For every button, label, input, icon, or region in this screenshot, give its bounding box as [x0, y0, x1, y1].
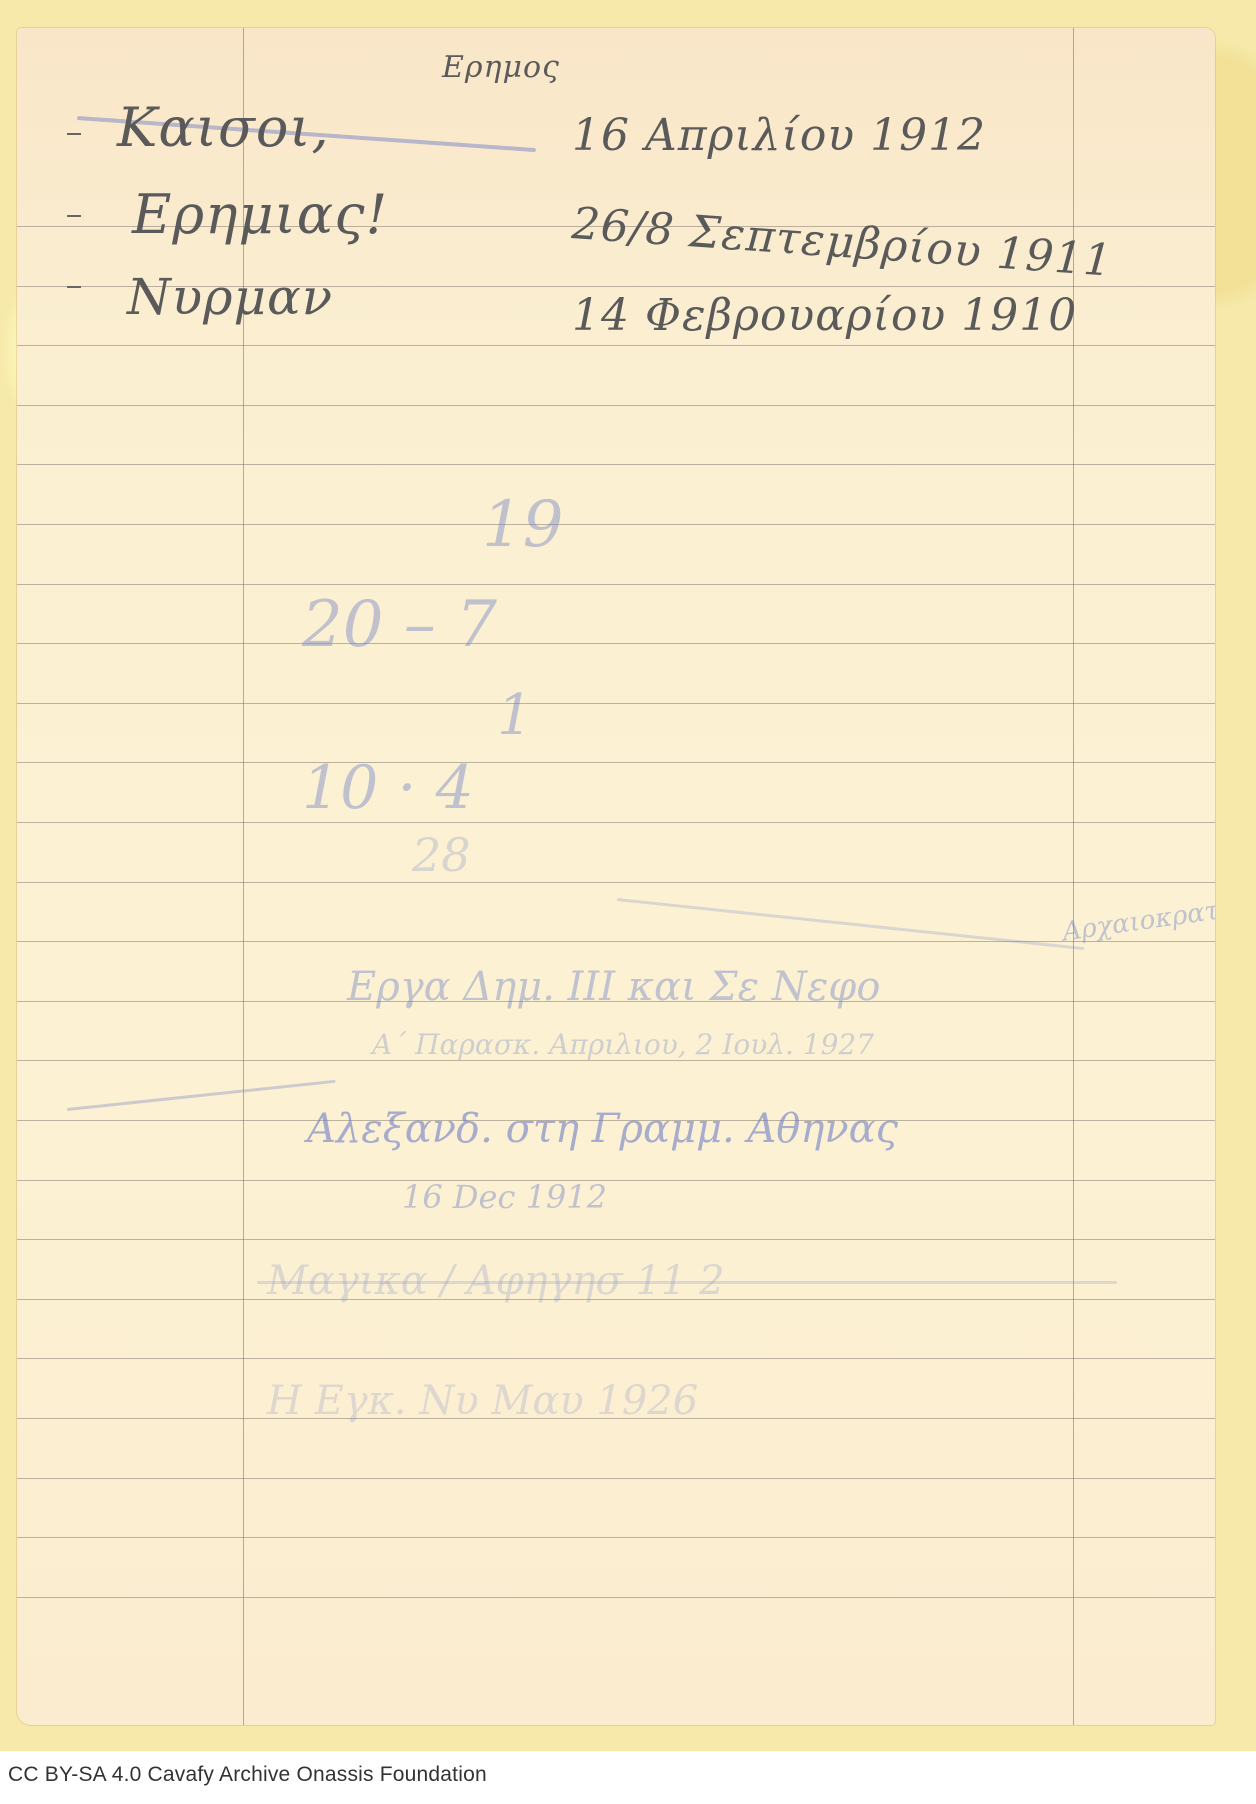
- ruled-line: [17, 822, 1215, 823]
- ruled-line: [17, 1358, 1215, 1359]
- blue-note-number: 10 · 4: [302, 753, 474, 823]
- ruled-line: [17, 1239, 1215, 1240]
- ruled-line: [17, 1597, 1215, 1598]
- entry-dash-mark: [67, 133, 81, 135]
- entry-dash-mark: [67, 286, 81, 288]
- blue-note-number: 19: [482, 488, 563, 562]
- blue-note-line: Η Εγκ. Νυ Μαυ 1926: [267, 1378, 698, 1424]
- entry-2-title: Ερημιας!: [132, 183, 388, 246]
- entry-3-title: Νυρμαν: [127, 268, 333, 326]
- ruled-line: [17, 1537, 1215, 1538]
- entry-1-title: Καισοι,: [117, 96, 330, 159]
- blue-underline-stroke: [67, 1080, 336, 1111]
- ruled-line: [17, 464, 1215, 465]
- ruled-line: [17, 405, 1215, 406]
- ruled-line: [17, 643, 1215, 644]
- ruled-line: [17, 703, 1215, 704]
- manuscript-sheet: Ερημος Καισοι, 16 Απριλίου 1912 Ερημιας!…: [17, 28, 1215, 1725]
- blue-note-line: Α΄ Παρασκ. Απριλιου, 2 Ιουλ. 1927: [372, 1028, 874, 1061]
- ruled-line: [17, 1478, 1215, 1479]
- entry-dash-mark: [67, 215, 81, 217]
- blue-note-line: Εργα Δημ. ΙΙΙ και Σε Νεφο: [347, 964, 880, 1010]
- blue-note-number: 20 – 7: [302, 588, 497, 662]
- entry-1-annotation: Ερημος: [442, 50, 560, 85]
- blue-underline-stroke: [617, 898, 1085, 950]
- blue-note-line: 16 Dec 1912: [402, 1178, 607, 1216]
- license-caption: CC BY-SA 4.0 Cavafy Archive Onassis Foun…: [8, 1763, 487, 1787]
- blue-note-line: Αρχαιοκρατ.: [1061, 895, 1215, 948]
- blue-note-line: Αλεξανδ. στη Γραμμ. Αθηνας: [307, 1106, 898, 1152]
- blue-note-number: 1: [497, 683, 533, 748]
- ruled-line: [17, 584, 1215, 585]
- blue-note-number: 28: [412, 828, 471, 882]
- ruled-line: [17, 345, 1215, 346]
- ruled-line: [17, 762, 1215, 763]
- ruled-line: [17, 1180, 1215, 1181]
- ruled-line: [17, 882, 1215, 883]
- entry-3-date: 14 Φεβρουαρίου 1910: [572, 290, 1077, 341]
- ruled-line: [17, 524, 1215, 525]
- entry-2-date: 26/8 Σεπτεμβρίου 1911: [570, 198, 1114, 287]
- blue-underline-stroke: [257, 1281, 1117, 1284]
- entry-1-date: 16 Απριλίου 1912: [572, 110, 986, 161]
